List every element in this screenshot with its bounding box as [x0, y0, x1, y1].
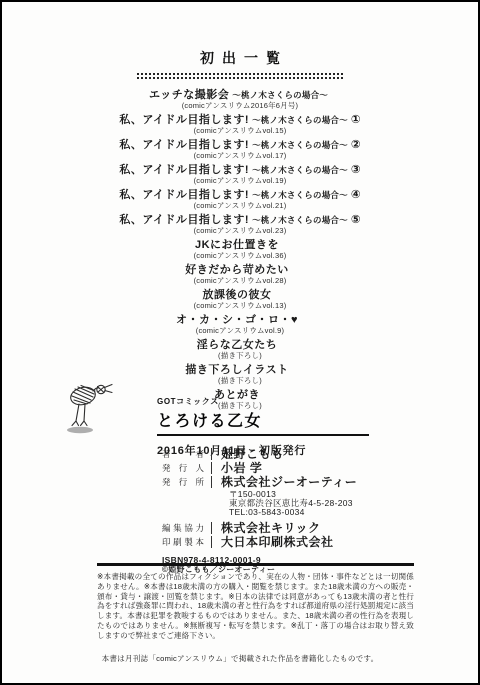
- work-title-badge: ④: [351, 189, 361, 201]
- credit-row: 発行所 株式会社ジーオーティー: [162, 476, 402, 488]
- credit-value: 株式会社ジーオーティー: [221, 476, 357, 488]
- credit-row: 著者 姫野こもも: [162, 448, 402, 460]
- work-title: 好きだから苛めたい: [2, 263, 478, 276]
- work-title: 私、アイドル目指します!～桃ノ木さくらの場合～②: [2, 138, 478, 151]
- credit-label: 編集協力: [162, 522, 212, 534]
- credit-value: 大日本印刷株式会社: [221, 536, 334, 548]
- work-title-main: JKにお仕置きを: [195, 239, 279, 251]
- work-source: (comicアンスリウムvol.9): [2, 327, 478, 335]
- work-source: (comicアンスリウムvol.23): [2, 227, 478, 235]
- source-note: 本書は月刊誌「comicアンスリウム」で掲載された作品を書籍化したものです。: [2, 653, 478, 664]
- work-title-main: 私、アイドル目指します!: [119, 114, 249, 126]
- work-title-main: 私、アイドル目指します!: [119, 164, 249, 176]
- credit-value: 姫野こもも: [221, 448, 284, 460]
- credit-label: 著者: [162, 448, 212, 460]
- work-source: (comicアンスリウム2016年6月号): [2, 102, 478, 110]
- book-title: とろける乙女: [157, 408, 369, 431]
- credit-row: TEL:03-5843-0034: [162, 508, 402, 517]
- work-title-badge: ⑤: [351, 214, 361, 226]
- work-title-main: 私、アイドル目指します!: [119, 189, 249, 201]
- work-title-subtitle: ～桃ノ木さくらの場合～: [252, 190, 348, 200]
- works-list: エッチな撮影会～桃ノ木さくらの場合～ (comicアンスリウム2016年6月号)…: [2, 88, 478, 410]
- credit-label: 印刷製本: [162, 536, 212, 548]
- work-title-main: 好きだから苛めたい: [185, 264, 289, 276]
- work-source: (comicアンスリウムvol.17): [2, 152, 478, 160]
- work-title-badge: ①: [351, 114, 361, 126]
- work-title-subtitle: ～桃ノ木さくらの場合～: [252, 165, 348, 175]
- work-title-subtitle: ～桃ノ木さくらの場合～: [252, 215, 348, 225]
- credits-table: 著者 姫野こもも 発行人 小岩 学 発行所 株式会社ジーオーティー 〒150-0…: [162, 448, 402, 575]
- work-title-main: オ・カ・シ・ゴ・ロ・♥: [176, 314, 298, 326]
- work-title-main: 私、アイドル目指します!: [119, 139, 249, 151]
- work-title: 私、アイドル目指します!～桃ノ木さくらの場合～④: [2, 188, 478, 201]
- work-source: (comicアンスリウムvol.13): [2, 302, 478, 310]
- credit-label: 発行所: [162, 476, 212, 488]
- work-title: JKにお仕置きを: [2, 238, 478, 251]
- work-source: (comicアンスリウムvol.28): [2, 277, 478, 285]
- title-rule: [157, 434, 369, 436]
- work-title: 私、アイドル目指します!～桃ノ木さくらの場合～①: [2, 113, 478, 126]
- work-title-main: 放課後の彼女: [203, 289, 272, 301]
- disclaimer-text: ※本書掲載の全ての作品はフィクションであり、実在の人物・団体・事件などとは一切関…: [97, 572, 414, 641]
- work-title-badge: ③: [351, 164, 361, 176]
- work-title-main: 淫らな乙女たち: [197, 339, 278, 351]
- work-title-main: エッチな撮影会: [149, 89, 229, 101]
- work-item: 淫らな乙女たち (描き下ろし): [2, 338, 478, 360]
- credit-value: 株式会社キリック: [221, 522, 321, 534]
- colophon-page: 初出一覧 エッチな撮影会～桃ノ木さくらの場合～ (comicアンスリウム2016…: [0, 0, 480, 685]
- credit-value: 小岩 学: [221, 462, 262, 474]
- credit-row: 発行人 小岩 学: [162, 462, 402, 474]
- work-item: 私、アイドル目指します!～桃ノ木さくらの場合～② (comicアンスリウムvol…: [2, 138, 478, 160]
- work-title-main: 私、アイドル目指します!: [119, 214, 249, 226]
- work-title-badge: ②: [351, 139, 361, 151]
- bird-sketch-icon: [62, 382, 116, 436]
- work-title: 放課後の彼女: [2, 288, 478, 301]
- work-title-subtitle: ～桃ノ木さくらの場合～: [252, 140, 348, 150]
- work-title: エッチな撮影会～桃ノ木さくらの場合～: [2, 88, 478, 101]
- work-title-main: 描き下ろしイラスト: [185, 364, 288, 376]
- credit-row: 印刷製本 大日本印刷株式会社: [162, 536, 402, 548]
- credit-label: 発行人: [162, 462, 212, 474]
- work-title: 淫らな乙女たち: [2, 338, 478, 351]
- work-source: (comicアンスリウムvol.36): [2, 252, 478, 260]
- dotted-divider: [137, 73, 343, 79]
- work-title: 私、アイドル目指します!～桃ノ木さくらの場合～③: [2, 163, 478, 176]
- section-heading: 初出一覧: [2, 48, 478, 68]
- bird-mascot-illustration: [62, 382, 116, 436]
- imprint-label: GOTコミックス: [157, 396, 369, 407]
- work-title-subtitle: ～桃ノ木さくらの場合～: [232, 90, 328, 100]
- credit-value: TEL:03-5843-0034: [229, 508, 305, 517]
- work-source: (comicアンスリウムvol.21): [2, 202, 478, 210]
- work-item: 好きだから苛めたい (comicアンスリウムvol.28): [2, 263, 478, 285]
- work-source: (comicアンスリウムvol.19): [2, 177, 478, 185]
- work-item: 放課後の彼女 (comicアンスリウムvol.13): [2, 288, 478, 310]
- work-item: エッチな撮影会～桃ノ木さくらの場合～ (comicアンスリウム2016年6月号): [2, 88, 478, 110]
- credit-row: 編集協力 株式会社キリック: [162, 522, 402, 534]
- work-title: 私、アイドル目指します!～桃ノ木さくらの場合～⑤: [2, 213, 478, 226]
- credit-rows: 著者 姫野こもも 発行人 小岩 学 発行所 株式会社ジーオーティー 〒150-0…: [162, 448, 402, 548]
- legal-section: ※本書掲載の全ての作品はフィクションであり、実在の人物・団体・事件などとは一切関…: [97, 563, 414, 641]
- first-publication-section: 初出一覧 エッチな撮影会～桃ノ木さくらの場合～ (comicアンスリウム2016…: [2, 48, 478, 413]
- work-source: (comicアンスリウムvol.15): [2, 127, 478, 135]
- work-item: 私、アイドル目指します!～桃ノ木さくらの場合～① (comicアンスリウムvol…: [2, 113, 478, 135]
- work-item: オ・カ・シ・ゴ・ロ・♥ (comicアンスリウムvol.9): [2, 313, 478, 335]
- work-item: JKにお仕置きを (comicアンスリウムvol.36): [2, 238, 478, 260]
- work-item: 私、アイドル目指します!～桃ノ木さくらの場合～⑤ (comicアンスリウムvol…: [2, 213, 478, 235]
- work-source: (描き下ろし): [2, 352, 478, 360]
- work-item: 私、アイドル目指します!～桃ノ木さくらの場合～④ (comicアンスリウムvol…: [2, 188, 478, 210]
- work-title: 描き下ろしイラスト: [2, 363, 478, 376]
- work-title: オ・カ・シ・ゴ・ロ・♥: [2, 313, 478, 326]
- work-item: 私、アイドル目指します!～桃ノ木さくらの場合～③ (comicアンスリウムvol…: [2, 163, 478, 185]
- work-title-subtitle: ～桃ノ木さくらの場合～: [252, 115, 348, 125]
